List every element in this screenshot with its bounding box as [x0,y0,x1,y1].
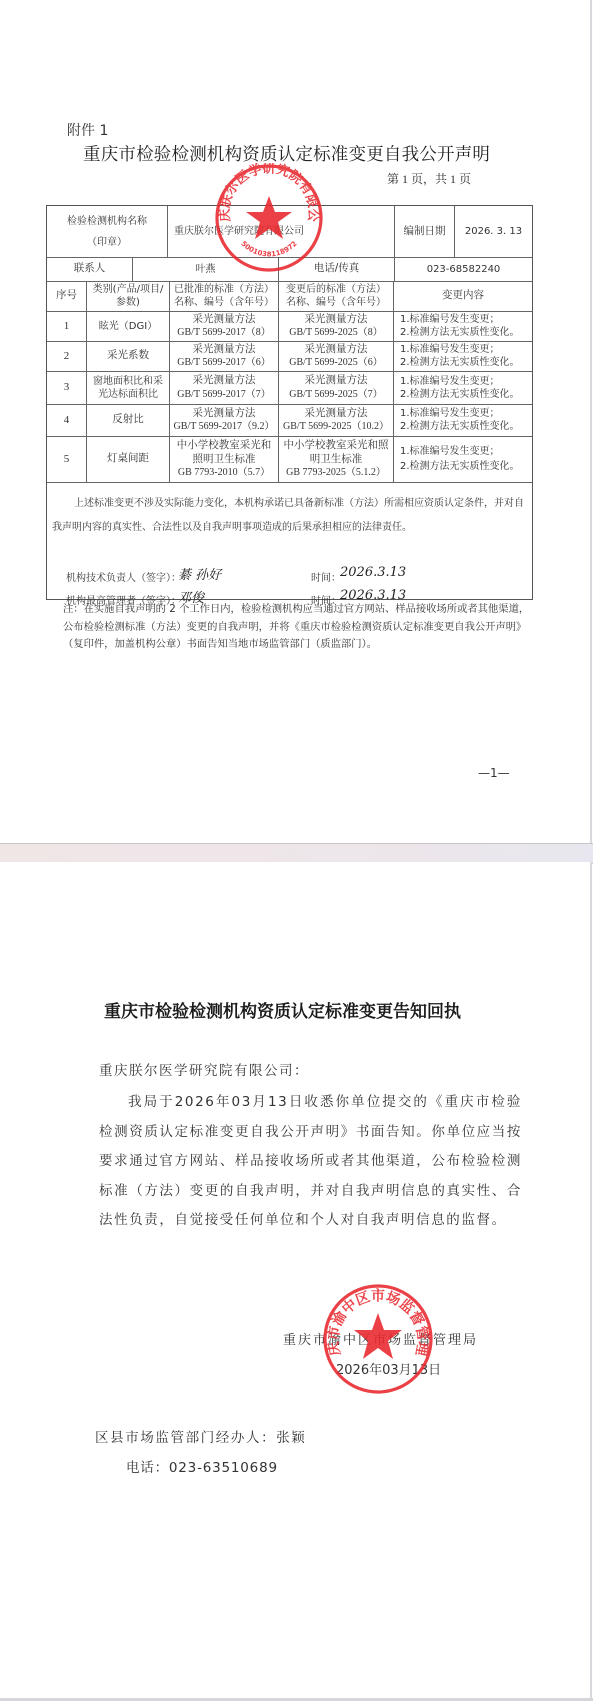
header-approved-standard: 已批准的标准（方法） 名称、编号（含年号） [169,281,278,311]
row-category: 采光系数 [86,341,169,371]
row-change-content: 1.标准编号发生变更； 2.检测方法无实质性变化。 [393,436,532,482]
row-approved-standard: 采光测量方法 GB/T 5699-2017（8） [169,311,278,341]
change-item-1: 1.标准编号发生变更； [400,313,500,326]
changed-name: 采光测量方法 [305,343,368,357]
change-item-1: 1.标准编号发生变更； [400,444,500,459]
changed-name: 采光测量方法 [305,313,368,327]
header-approved-line2: 名称、编号（含年号） [174,296,274,310]
approved-code: GB 7793-2010（5.7） [178,466,270,480]
change-item-2: 2.检测方法无实质性变化。 [400,326,520,339]
change-item-2: 2.检测方法无实质性变化。 [400,388,520,401]
document-page-2 [0,862,592,1699]
declaration-title: 重庆市检验检测机构资质认定标准变更自我公开声明 [83,141,490,166]
approved-name: 采光测量方法 [193,407,256,421]
approved-name: 采光测量方法 [193,343,256,357]
phone-fax-label: 电话/传真 [278,257,394,281]
org-name-label: 检验检测机构名称 （印章） [47,206,167,257]
changed-code: GB/T 5699-2025（10.2） [283,420,389,433]
change-item-2: 2.检测方法无实质性变化。 [400,459,520,474]
declaration-table: 检验检测机构名称 （印章） 重庆朕尔医学研究院有限公司 编制日期 2026. 3… [46,205,533,600]
row-category: 灯桌间距 [86,436,169,482]
row-change-content: 1.标准编号发生变更； 2.检测方法无实质性变化。 [393,341,532,371]
row-change-content: 1.标准编号发生变更； 2.检测方法无实质性变化。 [393,404,532,436]
header-approved-line1: 已批准的标准（方法） [174,283,274,297]
seal-label: （印章） [87,235,127,250]
category-line2: 光达标面积比 [98,388,158,401]
header-category-line1: 类别(产品/项目/ [93,283,164,297]
changed-code: GB/T 5699-2025（6） [289,356,382,369]
row-category: 眩光（DGI） [86,311,169,341]
page-separator [0,843,593,864]
row-approved-standard: 采光测量方法 GB/T 5699-2017（7） [169,371,278,404]
implementation-note: 注：在实施自我声明的 2 个工作日内，检验检测机构应当通过官方网站、样品接收场所… [63,601,533,654]
tech-lead-time-label: 时间： [311,569,341,584]
row-changed-standard: 中小学校教室采光和照 明卫生标准 GB 7793-2025（5.1.2） [278,436,393,482]
header-changed-line1: 变更后的标准（方法） [286,283,386,297]
table-header-row: 序号 类别(产品/项目/ 参数) 已批准的标准（方法） 名称、编号（含年号） 变… [47,281,532,312]
changed-name-line1: 中小学校教室采光和照 [284,438,389,452]
phone-fax-value: 023-68582240 [394,257,532,281]
category-line1: 窗地面积比和采 [93,375,163,388]
compile-date-label: 编制日期 [394,206,454,257]
contact-label: 联系人 [47,257,132,281]
change-item-2: 2.检测方法无实质性变化。 [400,356,520,369]
changed-code: GB/T 5699-2025（8） [289,326,382,339]
approved-code: GB/T 5699-2017（7） [177,388,270,401]
approved-name-line1: 中小学校教室采光和 [177,438,272,452]
header-category-line2: 参数) [116,296,140,310]
row-approved-standard: 采光测量方法 GB/T 5699-2017（9.2） [169,404,278,436]
row-category: 反射比 [86,404,169,436]
row-approved-standard: 中小学校教室采光和 照明卫生标准 GB 7793-2010（5.7） [169,436,278,482]
org-name-value: 重庆朕尔医学研究院有限公司 [167,206,394,257]
change-item-2: 2.检测方法无实质性变化。 [400,420,520,433]
handler-name: 区县市场监管部门经办人：张颖 [95,1426,306,1446]
approved-code: GB/T 5699-2017（9.2） [174,420,275,433]
tech-lead-signature: 綦 孙好 [178,564,221,583]
approved-name: 采光测量方法 [193,374,256,388]
contact-value: 叶燕 [132,257,278,281]
table-row: 4 反射比 采光测量方法 GB/T 5699-2017（9.2） 采光测量方法 … [47,404,532,437]
page-indicator: 第 1 页，共 1 页 [387,170,471,187]
row-seq: 5 [47,436,86,482]
changed-code: GB 7793-2025（5.1.2） [286,466,386,480]
commitment-statement-box: 上述标准变更不涉及实际能力变化，本机构承诺已具备新标准（方法）所需相应资质认定条… [47,482,532,599]
table-row: 2 采光系数 采光测量方法 GB/T 5699-2017（6） 采光测量方法 G… [47,341,532,372]
page-number-footer: —1— [478,766,510,780]
changed-name: 采光测量方法 [305,374,368,388]
header-seq: 序号 [47,281,86,311]
compile-date-value: 2026. 3. 13 [454,206,532,257]
contact-row: 联系人 叶燕 电话/传真 023-68582240 [47,257,532,282]
approved-code: GB/T 5699-2017（8） [177,326,270,339]
changed-name-line2: 明卫生标准 [310,452,363,466]
row-change-content: 1.标准编号发生变更； 2.检测方法无实质性变化。 [393,371,532,404]
row-changed-standard: 采光测量方法 GB/T 5699-2025（10.2） [278,404,393,436]
handler-phone: 电话：023-63510689 [126,1456,278,1476]
table-row: 5 灯桌间距 中小学校教室采光和 照明卫生标准 GB 7793-2010（5.7… [47,436,532,483]
row-approved-standard: 采光测量方法 GB/T 5699-2017（6） [169,341,278,371]
table-row: 3 窗地面积比和采 光达标面积比 采光测量方法 GB/T 5699-2017（7… [47,371,532,405]
header-changed-standard: 变更后的标准（方法） 名称、编号（含年号） [278,281,393,311]
change-item-1: 1.标准编号发生变更； [400,343,500,356]
row-changed-standard: 采光测量方法 GB/T 5699-2025（6） [278,341,393,371]
issue-date: 2026年03月13日 [336,1359,441,1378]
header-category: 类别(产品/项目/ 参数) [86,281,169,311]
row-change-content: 1.标准编号发生变更； 2.检测方法无实质性变化。 [393,311,532,341]
row-changed-standard: 采光测量方法 GB/T 5699-2025（7） [278,371,393,404]
table-row: 1 眩光（DGI） 采光测量方法 GB/T 5699-2017（8） 采光测量方… [47,311,532,342]
header-change-content: 变更内容 [393,281,532,311]
change-item-1: 1.标准编号发生变更； [400,375,500,388]
tech-lead-time: 2026.3.13 [340,565,406,580]
row-seq: 1 [47,311,86,341]
row-seq: 4 [47,404,86,436]
receipt-addressee: 重庆朕尔医学研究院有限公司： [99,1059,309,1079]
approved-name: 采光测量方法 [193,313,256,327]
tech-lead-signature-label: 机构技术负责人（签字）： [66,569,181,584]
org-info-row: 检验检测机构名称 （印章） 重庆朕尔医学研究院有限公司 编制日期 2026. 3… [47,206,532,258]
row-changed-standard: 采光测量方法 GB/T 5699-2025（8） [278,311,393,341]
org-name-label-line1: 检验检测机构名称 [67,214,147,229]
changed-name: 采光测量方法 [305,407,368,421]
approved-name-line2: 照明卫生标准 [193,452,256,466]
commitment-statement: 上述标准变更不涉及实际能力变化，本机构承诺已具备新标准（方法）所需相应资质认定条… [52,492,526,540]
header-changed-line2: 名称、编号（含年号） [286,296,386,310]
receipt-body: 我局于2026年03月13日收悉你单位提交的《重庆市检验检测资质认定标准变更自我… [99,1088,522,1236]
approved-code: GB/T 5699-2017（6） [177,356,270,369]
row-seq: 3 [47,371,86,404]
issuing-authority: 重庆市渝中区市场监督管理局 [283,1329,478,1348]
receipt-title: 重庆市检验检测机构资质认定标准变更告知回执 [104,997,461,1022]
changed-code: GB/T 5699-2025（7） [289,388,382,401]
row-seq: 2 [47,341,86,371]
document-page-1: 附件 1 重庆市检验检测机构资质认定标准变更自我公开声明 第 1 页，共 1 页… [0,0,592,843]
attachment-label: 附件 1 [67,120,108,140]
change-item-1: 1.标准编号发生变更； [400,407,500,420]
row-category: 窗地面积比和采 光达标面积比 [86,371,169,404]
